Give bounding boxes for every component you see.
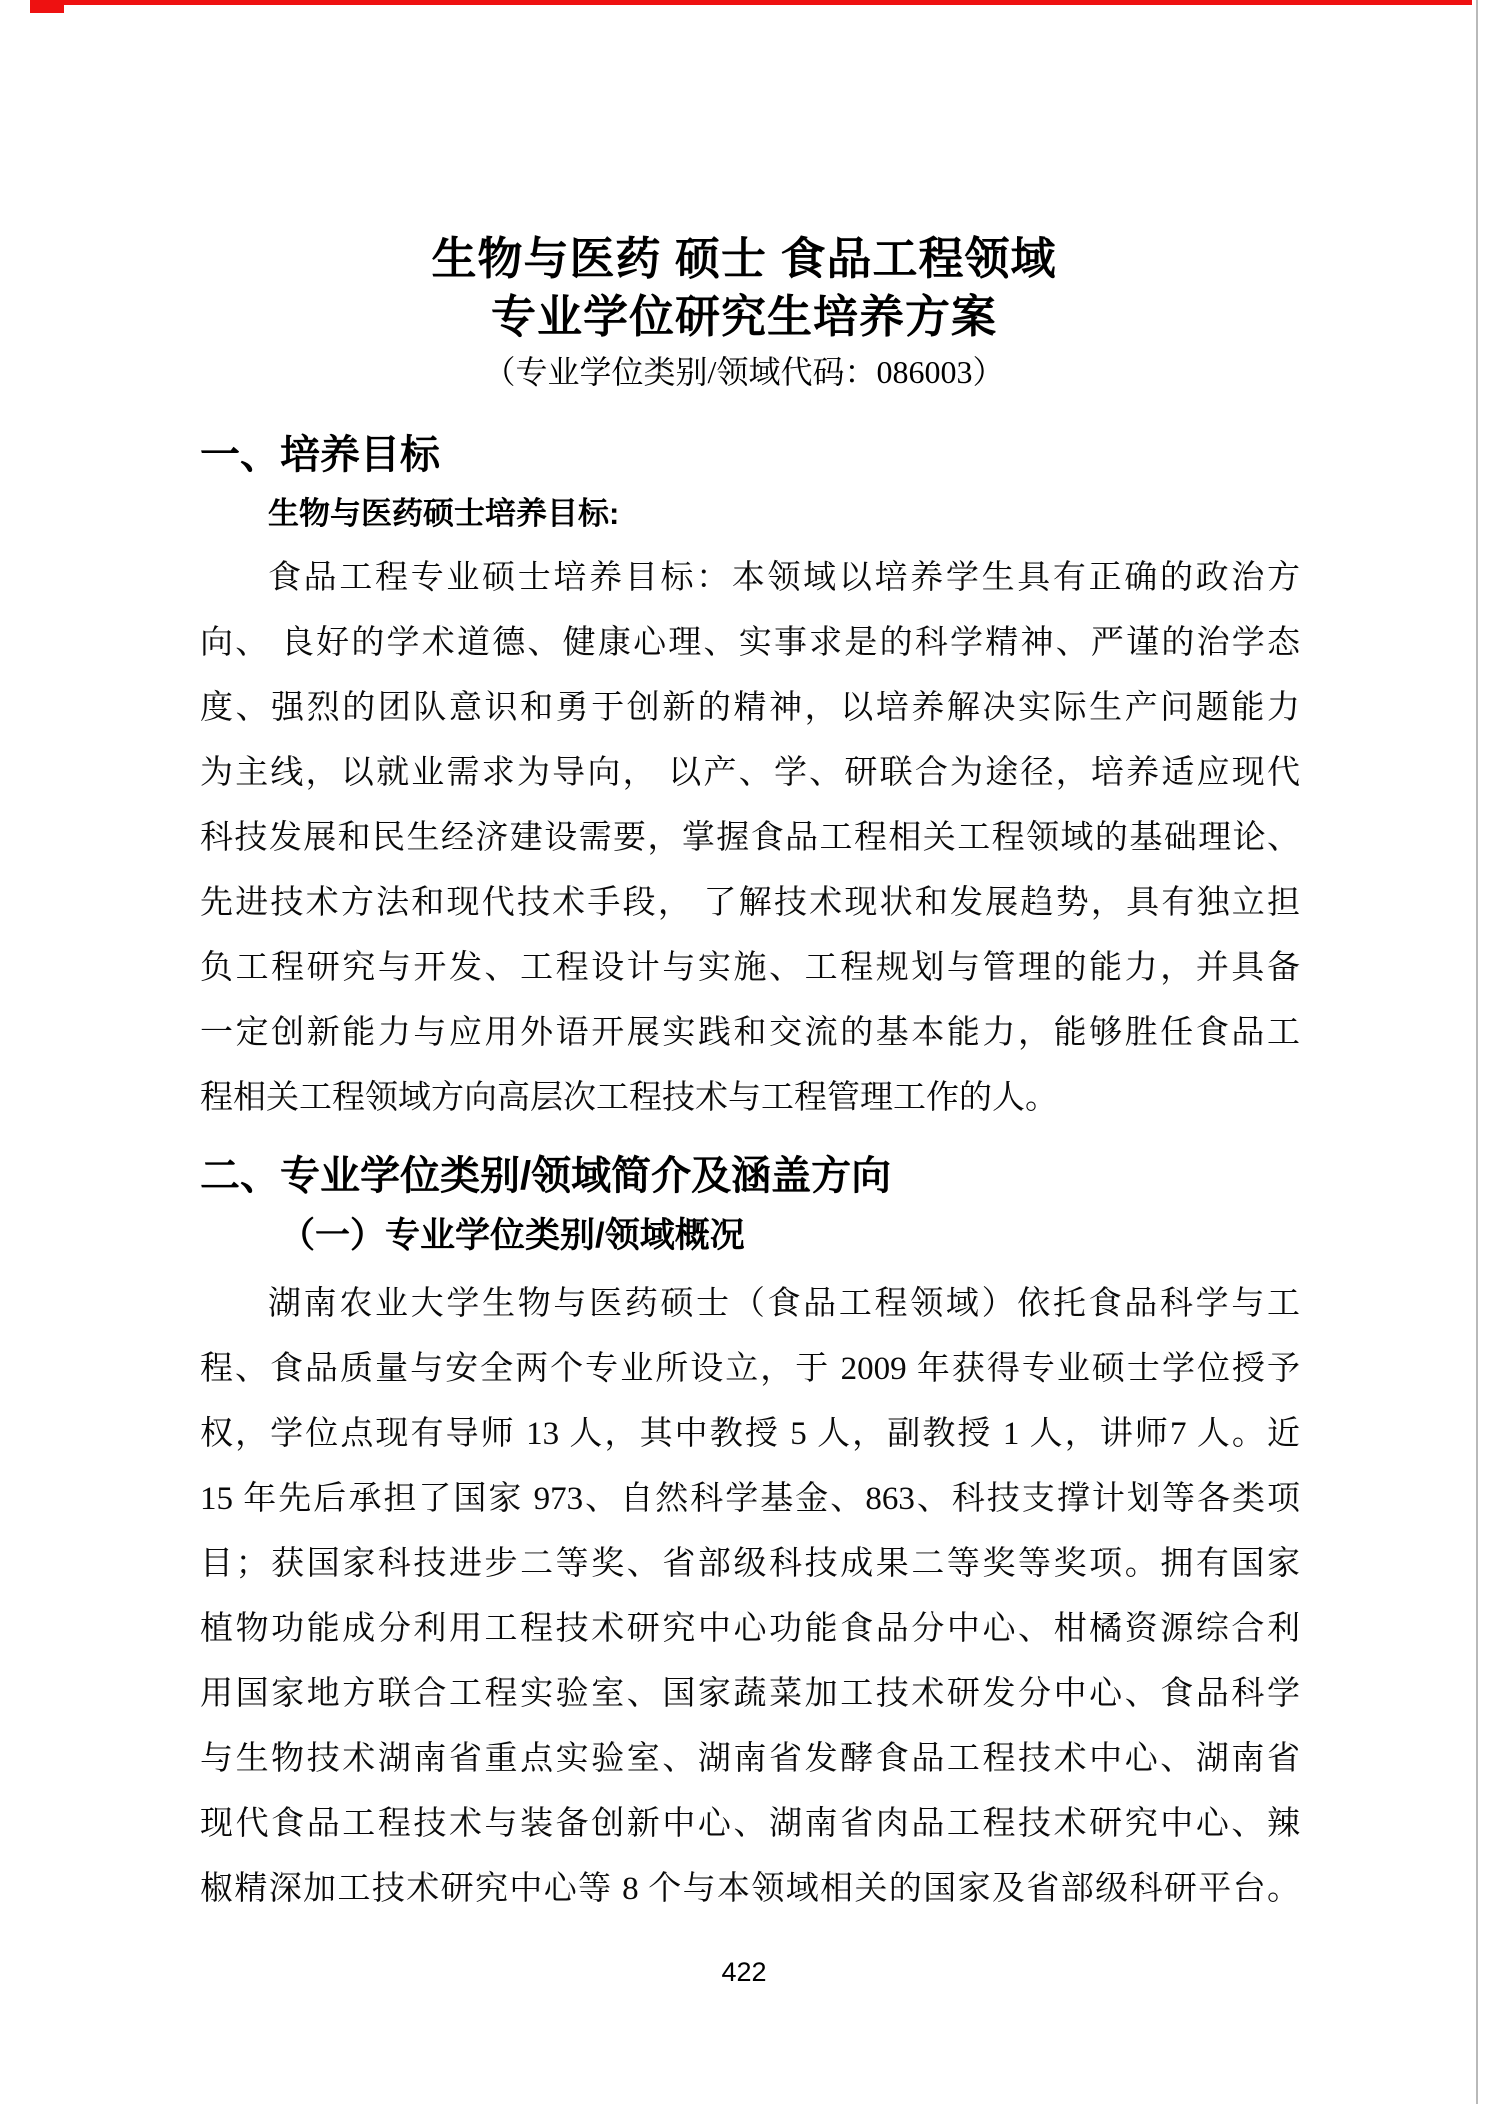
scan-artifact-red-corner-mark xyxy=(30,0,64,13)
paragraph-line: 一定创新能力与应用外语开展实践和交流的基本能力，能够胜任食品工 xyxy=(200,1001,1300,1066)
section-2-sub-heading: （一）专业学位类别/领域概况 xyxy=(200,1214,1300,1258)
paragraph-line: 负工程研究与开发、工程设计与实施、工程规划与管理的能力，并具备 xyxy=(200,936,1300,1001)
paragraph-line: 用国家地方联合工程实验室、国家蔬菜加工技术研发分中心、食品科学 xyxy=(200,1662,1300,1727)
paragraph-line: 湖南农业大学生物与医药硕士（食品工程领域）依托食品科学与工 xyxy=(200,1272,1300,1337)
paragraph-line: 度、强烈的团队意识和勇于创新的精神，以培养解决实际生产问题能力 xyxy=(200,676,1300,741)
paragraph-line: 与生物技术湖南省重点实验室、湖南省发酵食品工程技术中心、湖南省 xyxy=(200,1727,1300,1792)
paragraph-line: 椒精深加工技术研究中心等 8 个与本领域相关的国家及省部级科研平台。 xyxy=(200,1857,1300,1922)
page-number: 422 xyxy=(0,1955,1488,1989)
paragraph-line: 程、食品质量与安全两个专业所设立，于 2009 年获得专业硕士学位授予 xyxy=(200,1337,1300,1402)
document-subtitle-code: （专业学位类别/领域代码：086003） xyxy=(0,352,1488,392)
section-1-sub-label: 生物与医药硕士培养目标: xyxy=(268,495,1300,533)
document-title: 生物与医药 硕士 食品工程领域 专业学位研究生培养方案 xyxy=(0,230,1488,346)
section-1-heading: 一、培养目标 xyxy=(200,432,1300,478)
paragraph-line: 程相关工程领域方向高层次工程技术与工程管理工作的人。 xyxy=(200,1066,1300,1131)
paragraph-line: 植物功能成分利用工程技术研究中心功能食品分中心、柑橘资源综合利 xyxy=(200,1597,1300,1662)
document-title-line2: 专业学位研究生培养方案 xyxy=(0,288,1488,346)
paragraph-line: 权，学位点现有导师 13 人，其中教授 5 人，副教授 1 人，讲师7 人。近 xyxy=(200,1402,1300,1467)
section-1-paragraph: 食品工程专业硕士培养目标：本领域以培养学生具有正确的政治方 向、 良好的学术道德… xyxy=(200,546,1300,1131)
paragraph-line: 目；获国家科技进步二等奖、省部级科技成果二等奖等奖项。拥有国家 xyxy=(200,1532,1300,1597)
document-page: 生物与医药 硕士 食品工程领域 专业学位研究生培养方案 （专业学位类别/领域代码… xyxy=(0,0,1488,2104)
section-2-paragraph: 湖南农业大学生物与医药硕士（食品工程领域）依托食品科学与工 程、食品质量与安全两… xyxy=(200,1272,1300,1922)
section-2-heading: 二、专业学位类别/领域简介及涵盖方向 xyxy=(200,1153,1300,1199)
paragraph-line: 15 年先后承担了国家 973、自然科学基金、863、科技支撑计划等各类项 xyxy=(200,1467,1300,1532)
scan-artifact-red-line xyxy=(30,0,1472,5)
document-title-line1: 生物与医药 硕士 食品工程领域 xyxy=(0,230,1488,288)
paragraph-line: 科技发展和民生经济建设需要，掌握食品工程相关工程领域的基础理论、 xyxy=(200,806,1300,871)
paragraph-line: 为主线，以就业需求为导向， 以产、学、研联合为途径，培养适应现代 xyxy=(200,741,1300,806)
paragraph-line: 先进技术方法和现代技术手段， 了解技术现状和发展趋势，具有独立担 xyxy=(200,871,1300,936)
paragraph-line: 现代食品工程技术与装备创新中心、湖南省肉品工程技术研究中心、辣 xyxy=(200,1792,1300,1857)
paragraph-line: 食品工程专业硕士培养目标：本领域以培养学生具有正确的政治方 xyxy=(200,546,1300,611)
paragraph-line: 向、 良好的学术道德、健康心理、实事求是的科学精神、严谨的治学态 xyxy=(200,611,1300,676)
